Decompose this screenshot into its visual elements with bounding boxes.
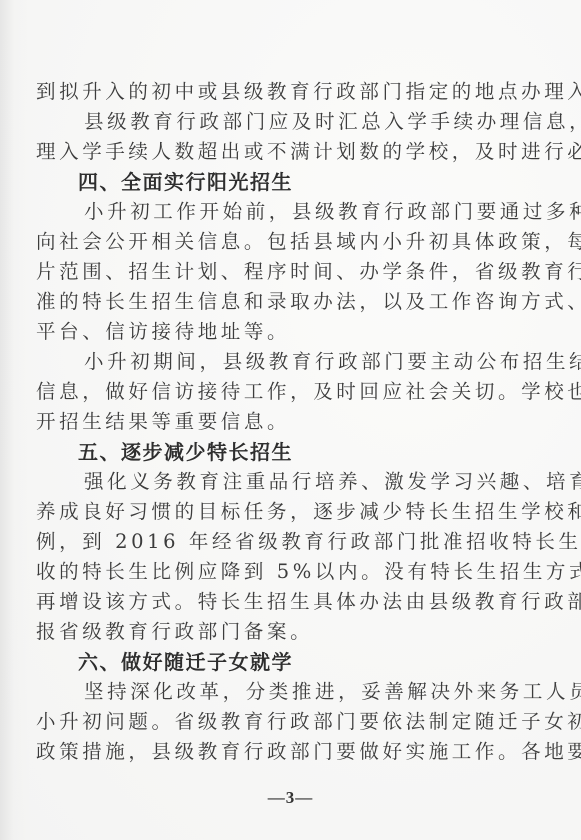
section-heading-4: 四、全面实行阳光招生 [78,167,293,197]
section-heading-6: 六、做好随迁子女就学 [78,647,293,677]
body-line: 报省级教育行政部门备案。 [36,617,560,647]
body-line: 准的特长生招生信息和录取办法，以及工作咨询方式、监督举报 [36,287,560,317]
body-line: 政策措施，县级教育行政部门要做好实施工作。各地要依法合理 [36,737,560,767]
body-line: 强化义务教育注重品行培养、激发学习兴趣、培育健康体魄、 [84,467,560,497]
body-line: 县级教育行政部门应及时汇总入学手续办理信息，对实际办 [84,107,560,137]
body-line: 收的特长生比例应降到 5%以内。没有特长生招生方式的地方不 [36,557,560,587]
body-line: 坚持深化改革，分类推进，妥善解决外来务工人员随迁子女 [84,677,560,707]
section-heading-5: 五、逐步减少特长招生 [78,437,293,467]
scanned-document-page: 到拟升入的初中或县级教育行政部门指定的地点办理入学手续。 县级教育行政部门应及时… [0,0,581,840]
body-line: 养成良好习惯的目标任务，逐步减少特长生招生学校和招生比 [36,497,560,527]
body-line: 到拟升入的初中或县级教育行政部门指定的地点办理入学手续。 [36,77,560,107]
body-line: 例，到 2016 年经省级教育行政部门批准招收特长生的学校所招 [36,527,560,557]
body-line: 小升初工作开始前，县级教育行政部门要通过多种形式主动 [84,197,560,227]
body-line: 再增设该方式。特长生招生具体办法由县级教育行政部门制定， [36,587,560,617]
body-line: 信息，做好信访接待工作，及时回应社会关切。学校也要主动公 [36,377,560,407]
body-line: 小升初期间，县级教育行政部门要主动公布招生结果等相关 [84,347,560,377]
body-line: 片范围、招生计划、程序时间、办学条件，省级教育行政部门批 [36,257,560,287]
body-line: 理入学手续人数超出或不满计划数的学校，及时进行必要调整。 [36,137,560,167]
body-line: 小升初问题。省级教育行政部门要依法制定随迁子女初中入学的 [36,707,560,737]
body-line: 向社会公开相关信息。包括县域内小升初具体政策，每所初中划 [36,227,560,257]
page-number: —3— [0,788,581,808]
body-line: 平台、信访接待地址等。 [36,317,560,347]
body-line: 开招生结果等重要信息。 [36,407,560,437]
